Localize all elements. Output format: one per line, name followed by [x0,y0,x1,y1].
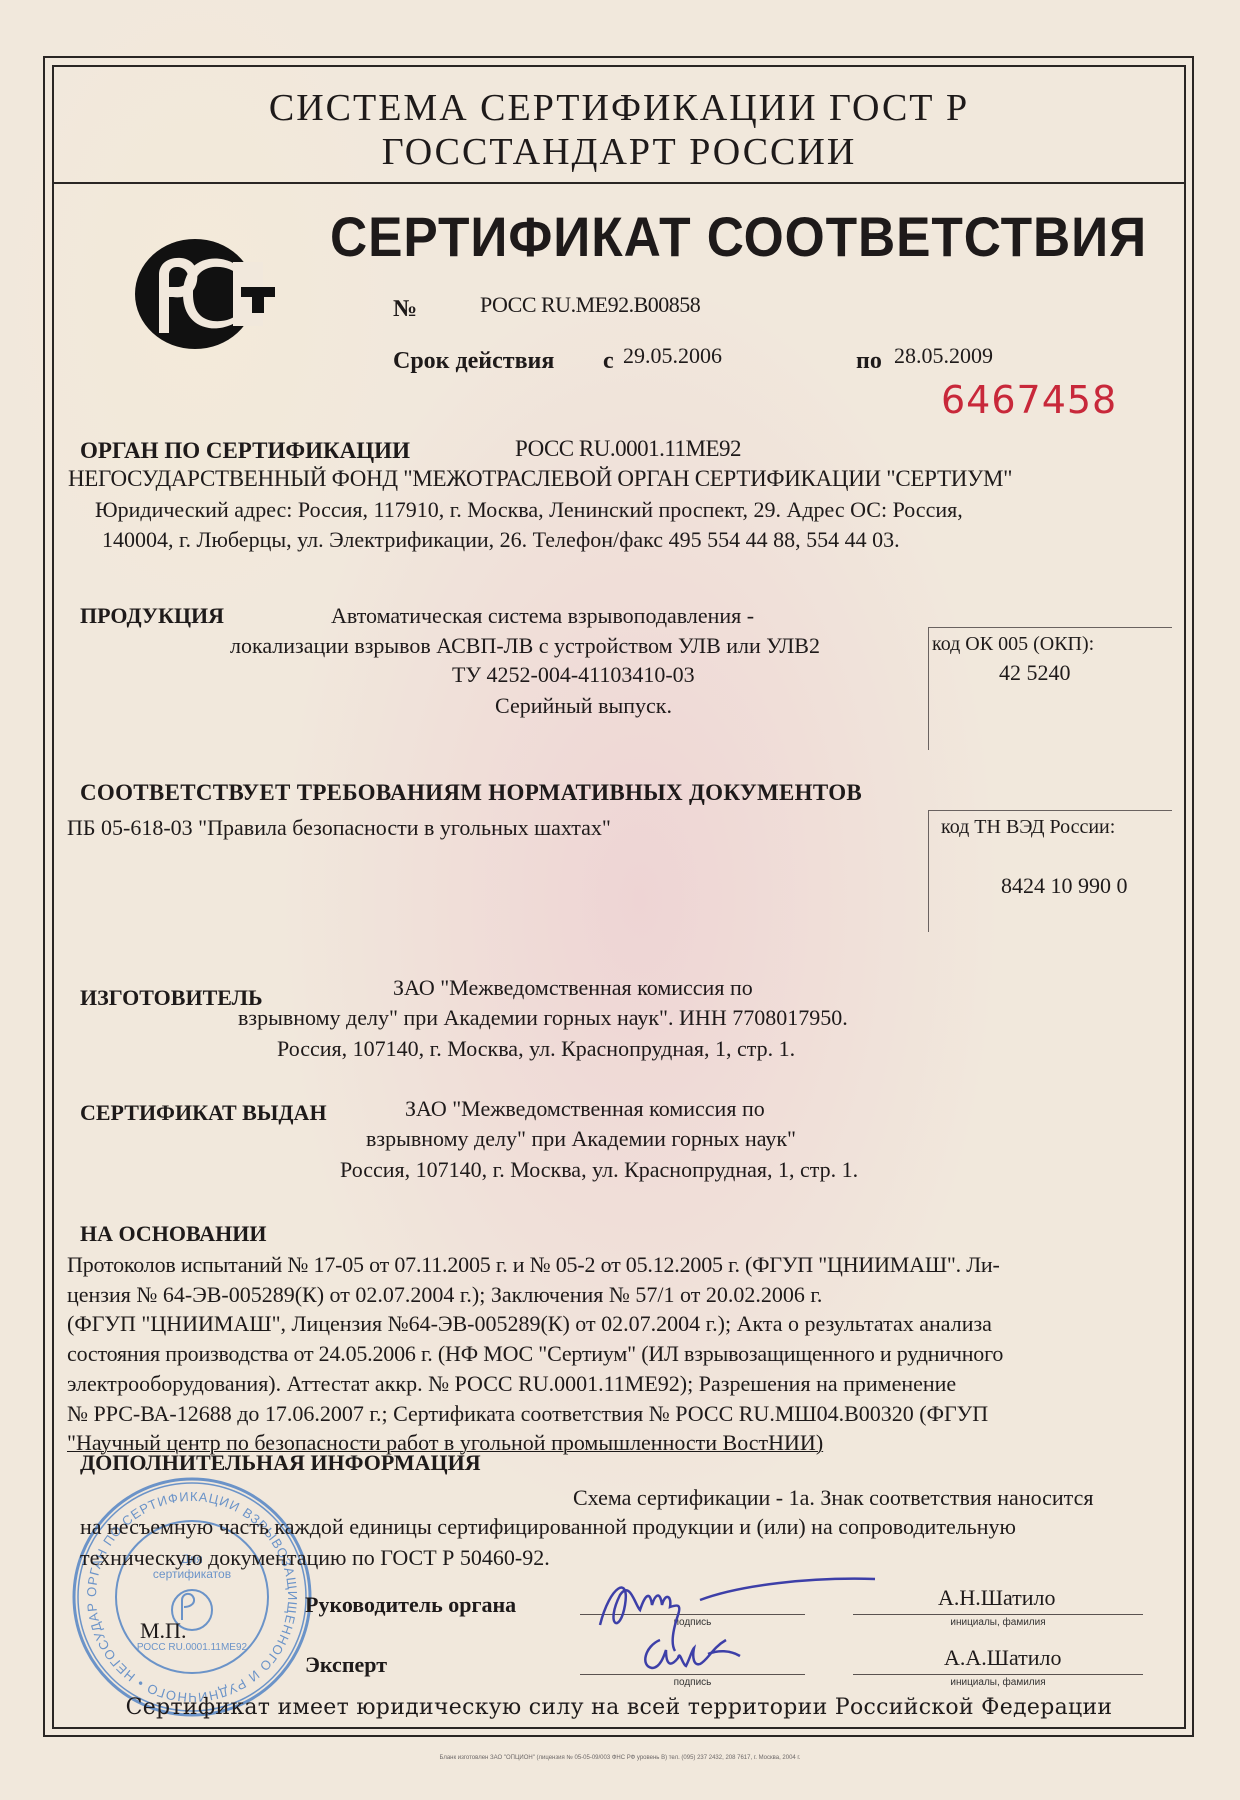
basis-line-6: № РРС-ВА-12688 до 17.06.2007 г.; Сертифи… [67,1401,988,1427]
basis-line-5: электрооборудования). Аттестат аккр. № Р… [67,1371,956,1397]
product-line-4: Серийный выпуск. [495,693,672,719]
issued-to-line-2: взрывному делу" при Академии горных наук… [366,1126,796,1152]
expert-name: А.А.Шатило [944,1645,1062,1671]
additional-info-label: ДОПОЛНИТЕЛЬНАЯ ИНФОРМАЦИЯ [80,1450,481,1476]
form-serial-number: 6467458 [941,378,1117,422]
cert-body-address-2: 140004, г. Люберцы, ул. Электрификации, … [102,527,900,553]
conformity-document: ПБ 05-618-03 "Правила безопасности в уго… [67,815,611,841]
tnved-box-left-line [928,810,929,932]
validity-from-date: 29.05.2006 [623,343,722,369]
basis-line-2: цензия № 64-ЭВ-005289(К) от 02.07.2004 г… [67,1282,822,1308]
stamp-place-label: М.П. [140,1618,186,1644]
manufacturer-line-1: ЗАО "Межведомственная комиссия по [393,975,753,1001]
okp-code: 42 5240 [999,660,1071,686]
basis-line-1: Протоколов испытаний № 17-05 от 07.11.20… [67,1252,1000,1278]
tnved-box-top-line [928,810,1172,811]
issued-to-line-1: ЗАО "Межведомственная комиссия по [405,1096,765,1122]
product-line-2: локализации взрывов АСВП-ЛВ с устройство… [230,633,820,659]
number-label: № [393,296,417,323]
expert-signature-caption: подпись [580,1677,805,1688]
head-name-line [853,1614,1143,1615]
conformity-label: СООТВЕТСТВУЕТ ТРЕБОВАНИЯМ НОРМАТИВНЫХ ДО… [80,780,862,806]
system-header: СИСТЕМА СЕРТИФИКАЦИИ ГОСТ Р [52,86,1186,130]
expert-name-line [853,1674,1143,1675]
okp-box-top-line [928,627,1172,628]
product-line-3: ТУ 4252-004-41103410-03 [452,662,695,688]
issued-to-label: СЕРТИФИКАТ ВЫДАН [80,1100,327,1126]
additional-info-line-3: техническую документацию по ГОСТ Р 50460… [80,1545,550,1571]
tnved-code-label: код ТН ВЭД России: [941,816,1115,839]
rst-conformity-mark-icon [133,237,283,351]
basis-line-4: состояния производства от 24.05.2006 г. … [67,1341,1003,1367]
issued-to-line-3: Россия, 107140, г. Москва, ул. Краснопру… [340,1157,858,1183]
expert-signature-icon [630,1628,790,1678]
head-label: Руководитель органа [305,1592,516,1618]
additional-info-line-1: Схема сертификации - 1а. Знак соответств… [573,1485,1093,1511]
additional-info-line-2: на несъемную часть каждой единицы сертиф… [80,1514,1016,1540]
validity-label: Срок действия [393,348,554,375]
cert-body-code: РОСС RU.0001.11МЕ92 [515,436,741,462]
tnved-code: 8424 10 990 0 [1001,873,1128,899]
certificate-number: РОСС RU.МЕ92.В00858 [480,292,700,318]
manufacturer-line-3: Россия, 107140, г. Москва, ул. Краснопру… [277,1036,795,1062]
basis-line-3: (ФГУП "ЦНИИМАШ", Лицензия №64-ЭВ-005289(… [67,1311,992,1337]
head-name-caption: инициалы, фамилия [853,1617,1143,1628]
basis-label: НА ОСНОВАНИИ [80,1221,267,1247]
agency-header: ГОССТАНДАРТ РОССИИ [52,130,1186,174]
okp-box-left-line [928,627,929,750]
round-seal-stamp-icon: ОРГАН ПО СЕРТИФИКАЦИИ ВЗРЫВОЗАЩИЩЕННОГО … [70,1475,315,1720]
expert-name-caption: инициалы, фамилия [853,1677,1143,1688]
validity-to-label: по [856,348,882,375]
okp-code-label: код ОК 005 (ОКП): [932,633,1094,656]
manufacturer-line-2: взрывному делу" при Академии горных наук… [238,1005,848,1031]
product-label: ПРОДУКЦИЯ [80,603,224,629]
product-line-1: Автоматическая система взрывоподавления … [331,603,754,629]
cert-body-address-1: Юридический адрес: Россия, 117910, г. Мо… [95,497,963,523]
header-divider [52,182,1186,184]
head-name: А.Н.Шатило [938,1585,1056,1611]
printer-imprint: Бланк изготовлен ЗАО "ОПЦИОН" (лицензия … [340,1755,900,1761]
cert-body-label: ОРГАН ПО СЕРТИФИКАЦИИ [80,438,410,464]
manufacturer-label: ИЗГОТОВИТЕЛЬ [80,985,263,1011]
validity-from-label: с [603,348,614,375]
document-title: СЕРТИФИКАТ СООТВЕТСТВИЯ [330,204,1147,269]
expert-label: Эксперт [305,1652,387,1678]
validity-to-date: 28.05.2009 [894,343,993,369]
validity-statement: Сертификат имеет юридическую силу на все… [52,1695,1186,1720]
cert-body-name: НЕГОСУДАРСТВЕННЫЙ ФОНД "МЕЖОТРАСЛЕВОЙ ОР… [68,466,1012,492]
